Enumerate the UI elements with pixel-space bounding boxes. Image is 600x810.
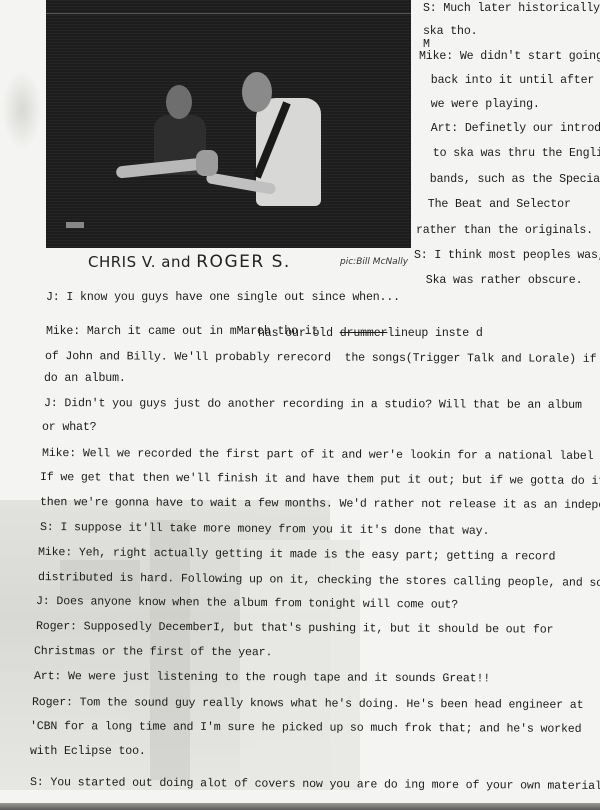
interview-line: J: Didn't you guys just do another recor… (44, 397, 582, 413)
photo-caption: CHRIS V. and ROGER S. (88, 252, 291, 272)
interview-line: do an album. (44, 372, 126, 386)
side-column-line: back into it until after (424, 74, 594, 88)
interview-line: Mike: Well we recorded the first part of… (42, 447, 600, 464)
struck-word: drummer (340, 327, 388, 340)
photo-credit: pic:Bill McNally (340, 257, 408, 267)
side-column-line: bands, such as the Specials (423, 173, 600, 187)
side-column-line: S: I think most peoples was, (414, 249, 600, 263)
caption-name-chris: CHRIS V. and (88, 253, 196, 271)
interview-line: or what? (42, 421, 96, 435)
side-column-line: ska tho. (423, 25, 477, 39)
side-column-line: The Beat and Selector (421, 198, 571, 212)
side-column-line: rather than the originals. (416, 224, 593, 238)
side-column-line: Ska was rather obscure. (419, 274, 582, 288)
interview-line: 'CBN for a long time and I'm sure he pic… (30, 720, 581, 737)
interview-line: S: You started out doing alot of covers … (30, 776, 600, 794)
side-column-line: to ska was thru the English (426, 147, 600, 161)
side-column-line: Art: Definetly our introduct (424, 122, 600, 136)
side-column-line: S: Much later historically th (423, 2, 600, 16)
band-photo (46, 0, 411, 248)
interview-line: Art: We were just listening to the rough… (34, 670, 490, 686)
interview-line: If we get that then we'll finish it and … (40, 471, 600, 489)
interview-line: Roger: Tom the sound guy really knows wh… (32, 696, 583, 713)
interview-line: of John and Billy. We'll probably rereco… (45, 350, 600, 367)
magazine-page: CHRIS V. and ROGER S. pic:Bill McNally S… (0, 0, 600, 810)
interview-line: Christmas or the first of the year. (34, 645, 272, 660)
interview-line: with Eclipse too. (30, 745, 146, 759)
page-bottom-edge (0, 803, 600, 810)
side-column-line: Mike: We didn't start going (419, 50, 600, 64)
side-column-line: we were playing. (424, 98, 540, 112)
bleed-through-smudge (2, 70, 42, 150)
typed-insertion: has our old drummerlineup inste d (258, 327, 483, 341)
caption-name-roger: ROGER S. (196, 252, 291, 272)
interview-line: J: I know you guys have one single out s… (46, 291, 400, 305)
